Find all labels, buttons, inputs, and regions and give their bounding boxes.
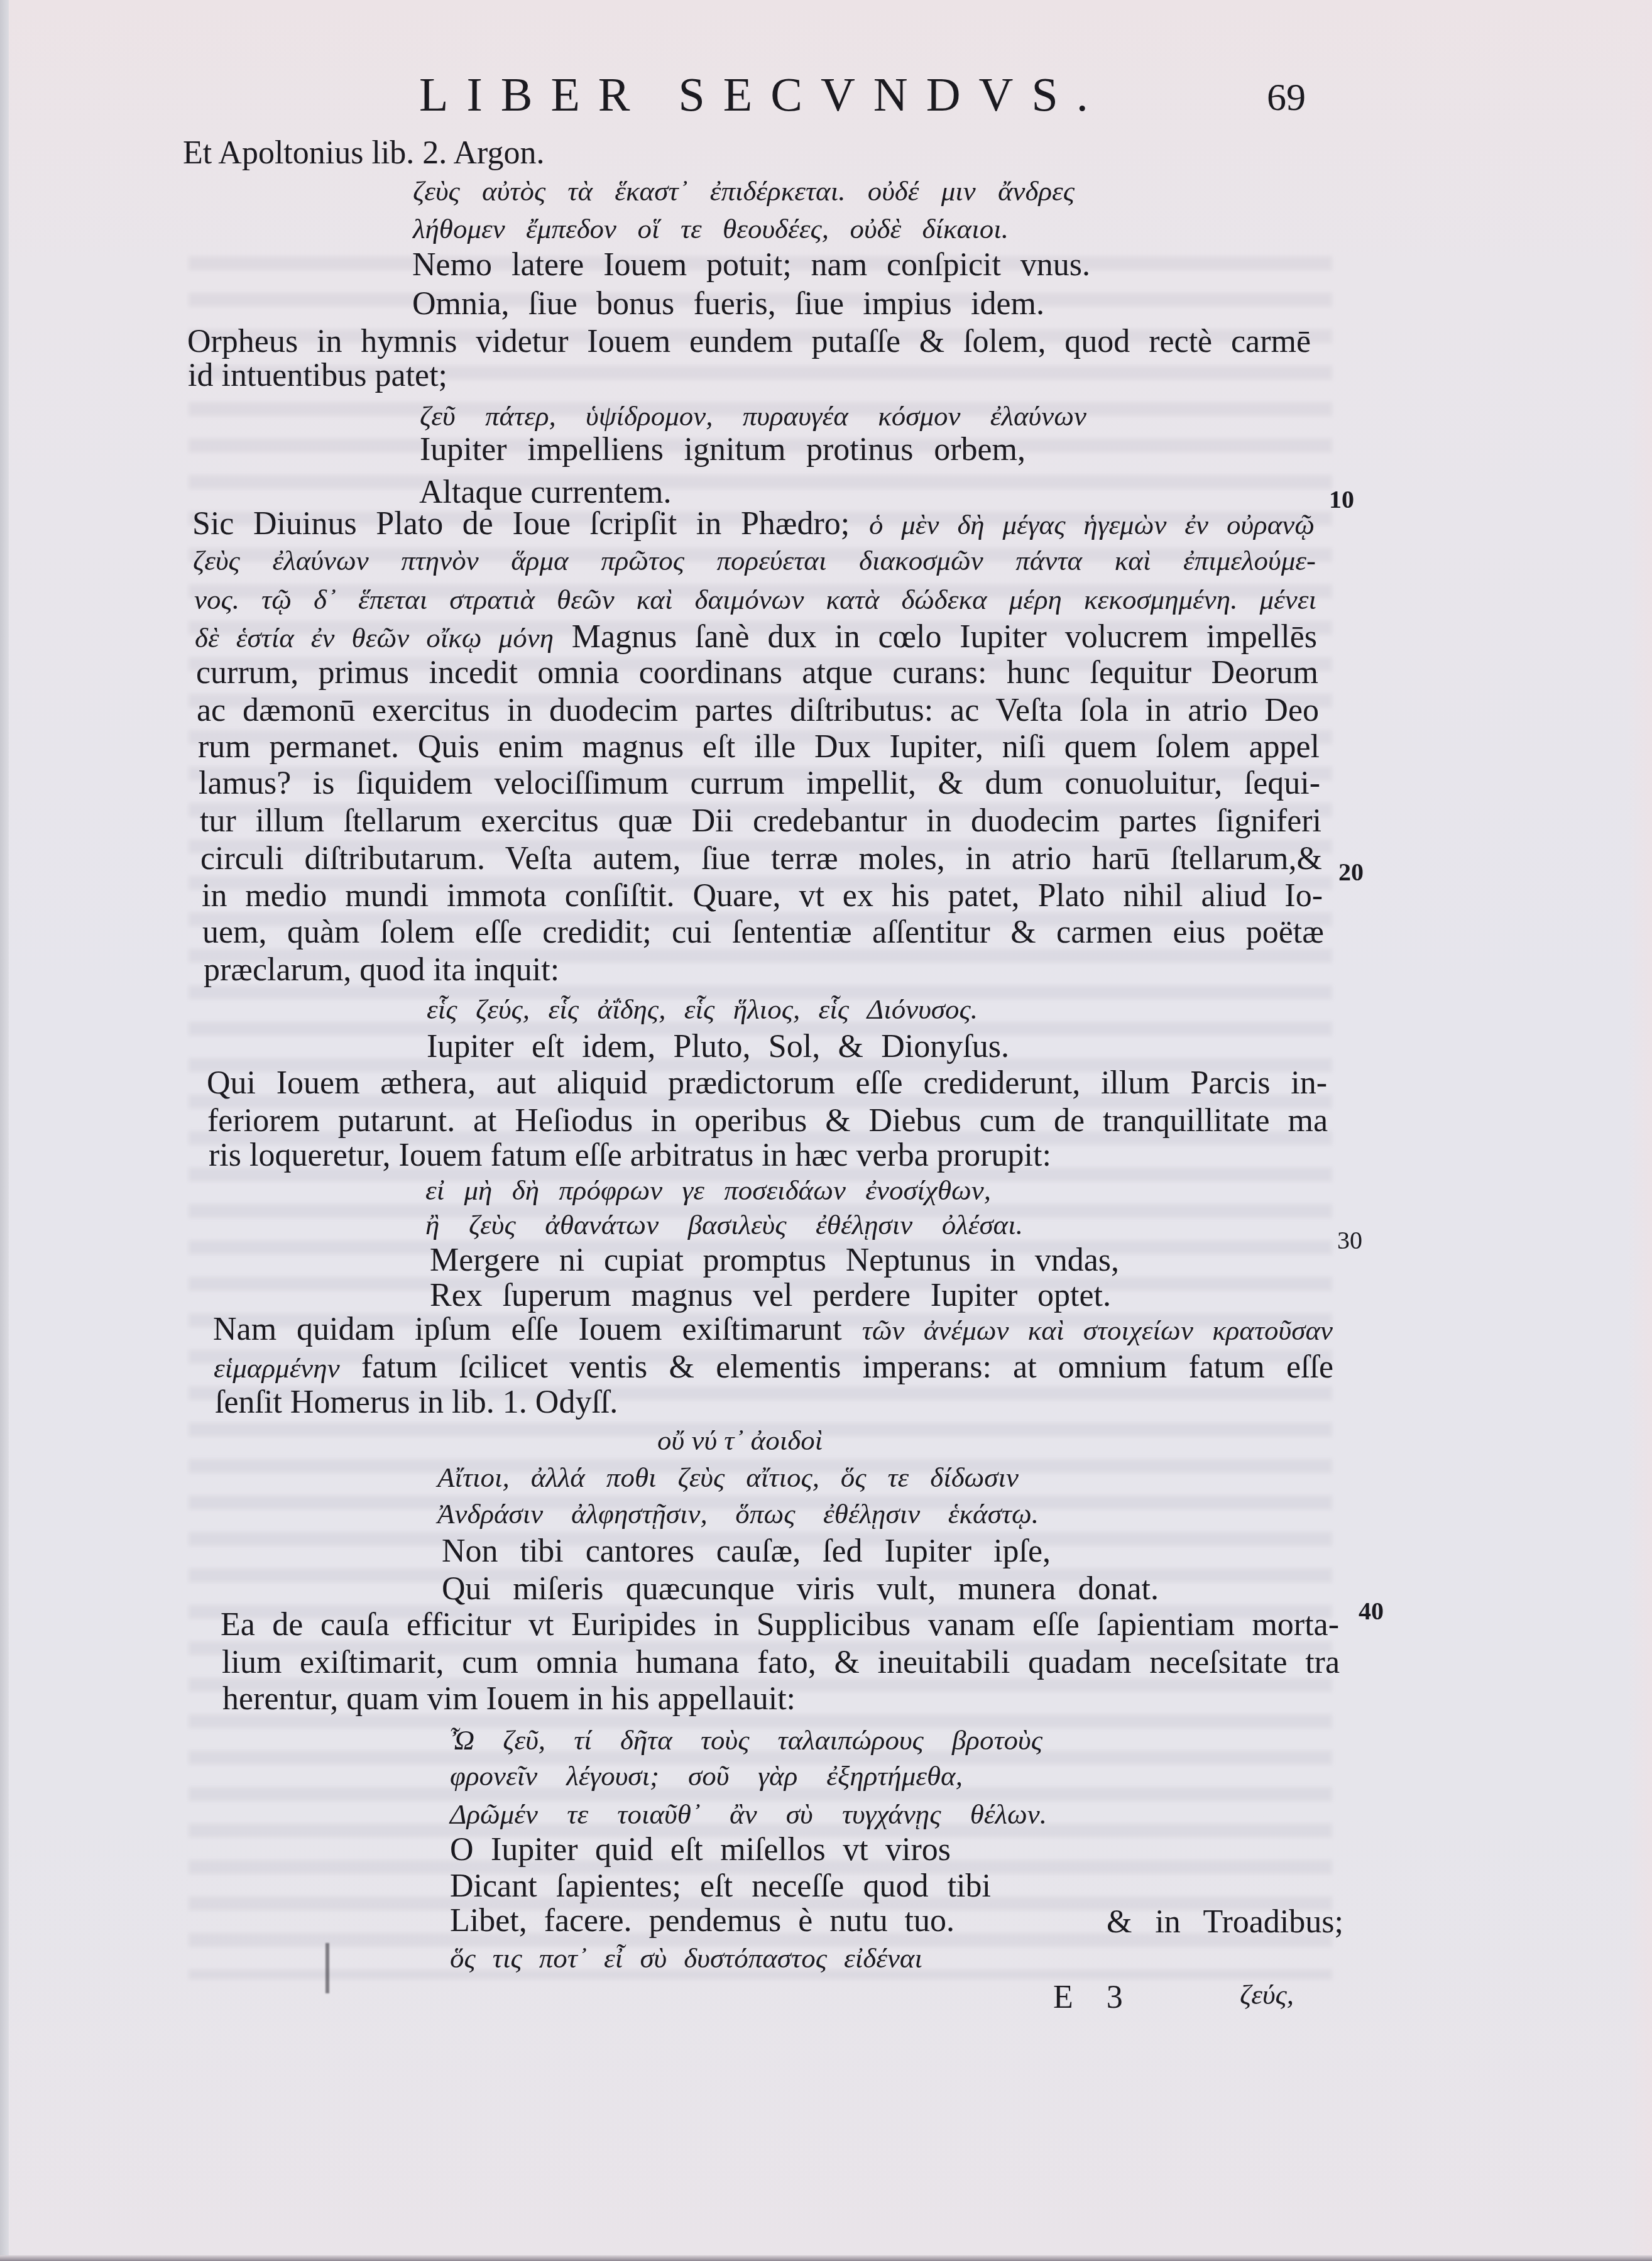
latin-verse-line: Qui miſeris quæcunque viris vult, munera… (442, 1569, 1159, 1609)
greek-verse-line: Ἀνδράσιν ἀλφηστῇσιν, ὅπως ἐθέλῃσιν ἑκάστ… (437, 1494, 1039, 1534)
prose-line: lium exiſtimarit, cum omnia humana fato,… (222, 1643, 1340, 1683)
latin-text: Nam quidam ipſum eſſe Iouem exiſtimarunt (213, 1311, 842, 1347)
prose-line-mixed: Nam quidam ipſum eſſe Iouem exiſtimarunt… (213, 1310, 1333, 1350)
prose-line: ſenſit Homerus in lib. 1. Odyſſ. (215, 1382, 618, 1423)
prose-line: tur illum ſtellarum exercitus quæ Dii cr… (200, 801, 1321, 841)
prose-line-mixed: δὲ ἑστία ἐν θεῶν οἴκῳ μόνη Magnus ſanè d… (195, 617, 1317, 657)
catchword: ζεύς, (1240, 1974, 1294, 2015)
latin-verse-line: Omnia, ſiue bonus fueris, ſiue impius id… (412, 284, 1044, 324)
greek-verse-line: Δρῶμέν τε τοιαῦθ᾽ ἂν σὺ τυγχάνῃς θέλων. (450, 1794, 1047, 1834)
margin-line-number-20: 20 (1338, 858, 1364, 886)
greek-verse-line: ὅς τις ποτ᾽ εἶ σὺ δυστόπαστος εἰδέναι (450, 1938, 922, 1978)
prose-line-mixed: εἱμαρμένην fatum ſcilicet ventis & eleme… (214, 1347, 1333, 1388)
greek-verse-line: εἷς ζεύς, εἷς ἀΐδης, εἷς ἥλιος, εἷς Διόν… (427, 989, 978, 1029)
prose-line: uem, quàm ſolem eſſe credidit; cui ſente… (202, 912, 1324, 953)
page-number: 69 (1267, 75, 1306, 119)
prose-line: circuli diſtributarum. Veſta autem, ſiue… (200, 839, 1322, 879)
margin-line-number-30: 30 (1337, 1227, 1362, 1254)
prose-line-mixed: Sic Diuinus Plato de Ioue ſcripſit in Ph… (192, 504, 1315, 544)
latin-text: Sic Diuinus Plato de Ioue ſcripſit in Ph… (192, 506, 850, 542)
running-head: LIBER SECVNDVS. (419, 70, 1107, 120)
latin-verse-line: Iupiter impelliens ignitum protinus orbe… (420, 430, 1026, 470)
inline-reference: & in Troadibus; (1107, 1902, 1343, 1942)
greek-text: εἱμαρμένην (214, 1352, 340, 1384)
latin-verse-line: Mergere ni cupiat promptus Neptunus in v… (430, 1240, 1119, 1281)
greek-text: δὲ ἑστία ἐν θεῶν οἴκῳ μόνη (195, 622, 554, 654)
greek-verse-line: Αἴτιοι, ἀλλά ποθι ζεὺς αἴτιος, ὅς τε δίδ… (437, 1457, 1019, 1497)
latin-verse-line: Nemo latere Iouem potuit; nam conſpicit … (412, 245, 1090, 285)
prose-line: præclarum, quod ita inquit: (204, 950, 559, 990)
prose-line: ac dæmonū exercitus in duodecim partes d… (197, 691, 1319, 731)
greek-verse-line: λήθομεν ἔμπεδον οἵ τε θεουδέες, οὐδὲ δίκ… (413, 209, 1009, 249)
page-bottom-edge (0, 2255, 1652, 2261)
latin-verse-line: O Iupiter quid eſt miſellos vt viros (450, 1830, 951, 1870)
prose-line: rum permanet. Quis enim magnus eſt ille … (198, 727, 1320, 767)
prose-line: in medio mundi immota conſiſtit. Quare, … (202, 876, 1323, 916)
prose-line: Ea de cauſa efficitur vt Euripides in Su… (221, 1605, 1339, 1645)
prose-line: id intuentibus patet; (188, 356, 447, 396)
prose-line: currum, primus incedit omnia coordinans … (196, 653, 1318, 693)
prose-line: herentur, quam vim Iouem in his appellau… (222, 1679, 796, 1719)
greek-text: ὁ μὲν δὴ μέγας ἡγεμὼν ἐν οὐρανῷ (869, 509, 1315, 540)
greek-prose-line: νος. τῷ δ᾽ ἕπεται στρατιὰ θεῶν καὶ δαιμό… (194, 579, 1316, 620)
greek-prose-line: ζεὺς ἐλαύνων πτηνὸν ἅρμα πρῶτος πορεύετα… (193, 540, 1316, 581)
prose-line: Et Apoltonius lib. 2. Argon. (183, 133, 544, 173)
greek-text: τῶν ἀνέμων καὶ στοιχείων κρατοῦσαν (862, 1315, 1333, 1346)
greek-verse-line: Ὦ ζεῦ, τί δῆτα τοὺς ταλαιπώρους βροτοὺς (450, 1720, 1042, 1760)
greek-verse-line: ζεὺς αὐτὸς τὰ ἕκαστ᾽ ἐπιδέρκεται. οὐδέ μ… (413, 171, 1075, 211)
latin-text: fatum ſcilicet ventis & elementis impera… (361, 1349, 1333, 1385)
latin-verse-line: Iupiter eſt idem, Pluto, Sol, & Dionyſus… (427, 1027, 1009, 1067)
margin-line-number-40: 40 (1359, 1597, 1384, 1625)
signature-mark: E 3 (1053, 1978, 1123, 2018)
latin-verse-line: Non tibi cantores cauſæ, ſed Iupiter ipſ… (442, 1531, 1051, 1572)
ink-mark (325, 1943, 329, 1993)
page-left-edge (0, 0, 9, 2261)
latin-verse-line: Libet, facere. pendemus è nutu tuo. (450, 1901, 955, 1941)
margin-line-number-10: 10 (1329, 486, 1354, 513)
page-right-edge (1627, 0, 1652, 2261)
greek-verse-line: φρονεῖν λέγουσι; σοῦ γὰρ ἐξηρτήμεθα, (450, 1756, 963, 1796)
prose-line: lamus? is ſiquidem velociſſimum currum i… (199, 764, 1320, 804)
greek-verse-line: οὔ νύ τ᾽ ἀοιδοὶ (657, 1420, 823, 1460)
latin-text: Magnus ſanè dux in cœlo Iupiter volucrem… (572, 619, 1317, 655)
prose-line: Qui Iouem æthera, aut aliquid prædictoru… (207, 1063, 1327, 1103)
greek-verse-line: ἢ ζεὺς ἀθανάτων βασιλεὺς ἐθέλῃσιν ὀλέσαι… (425, 1205, 1023, 1245)
